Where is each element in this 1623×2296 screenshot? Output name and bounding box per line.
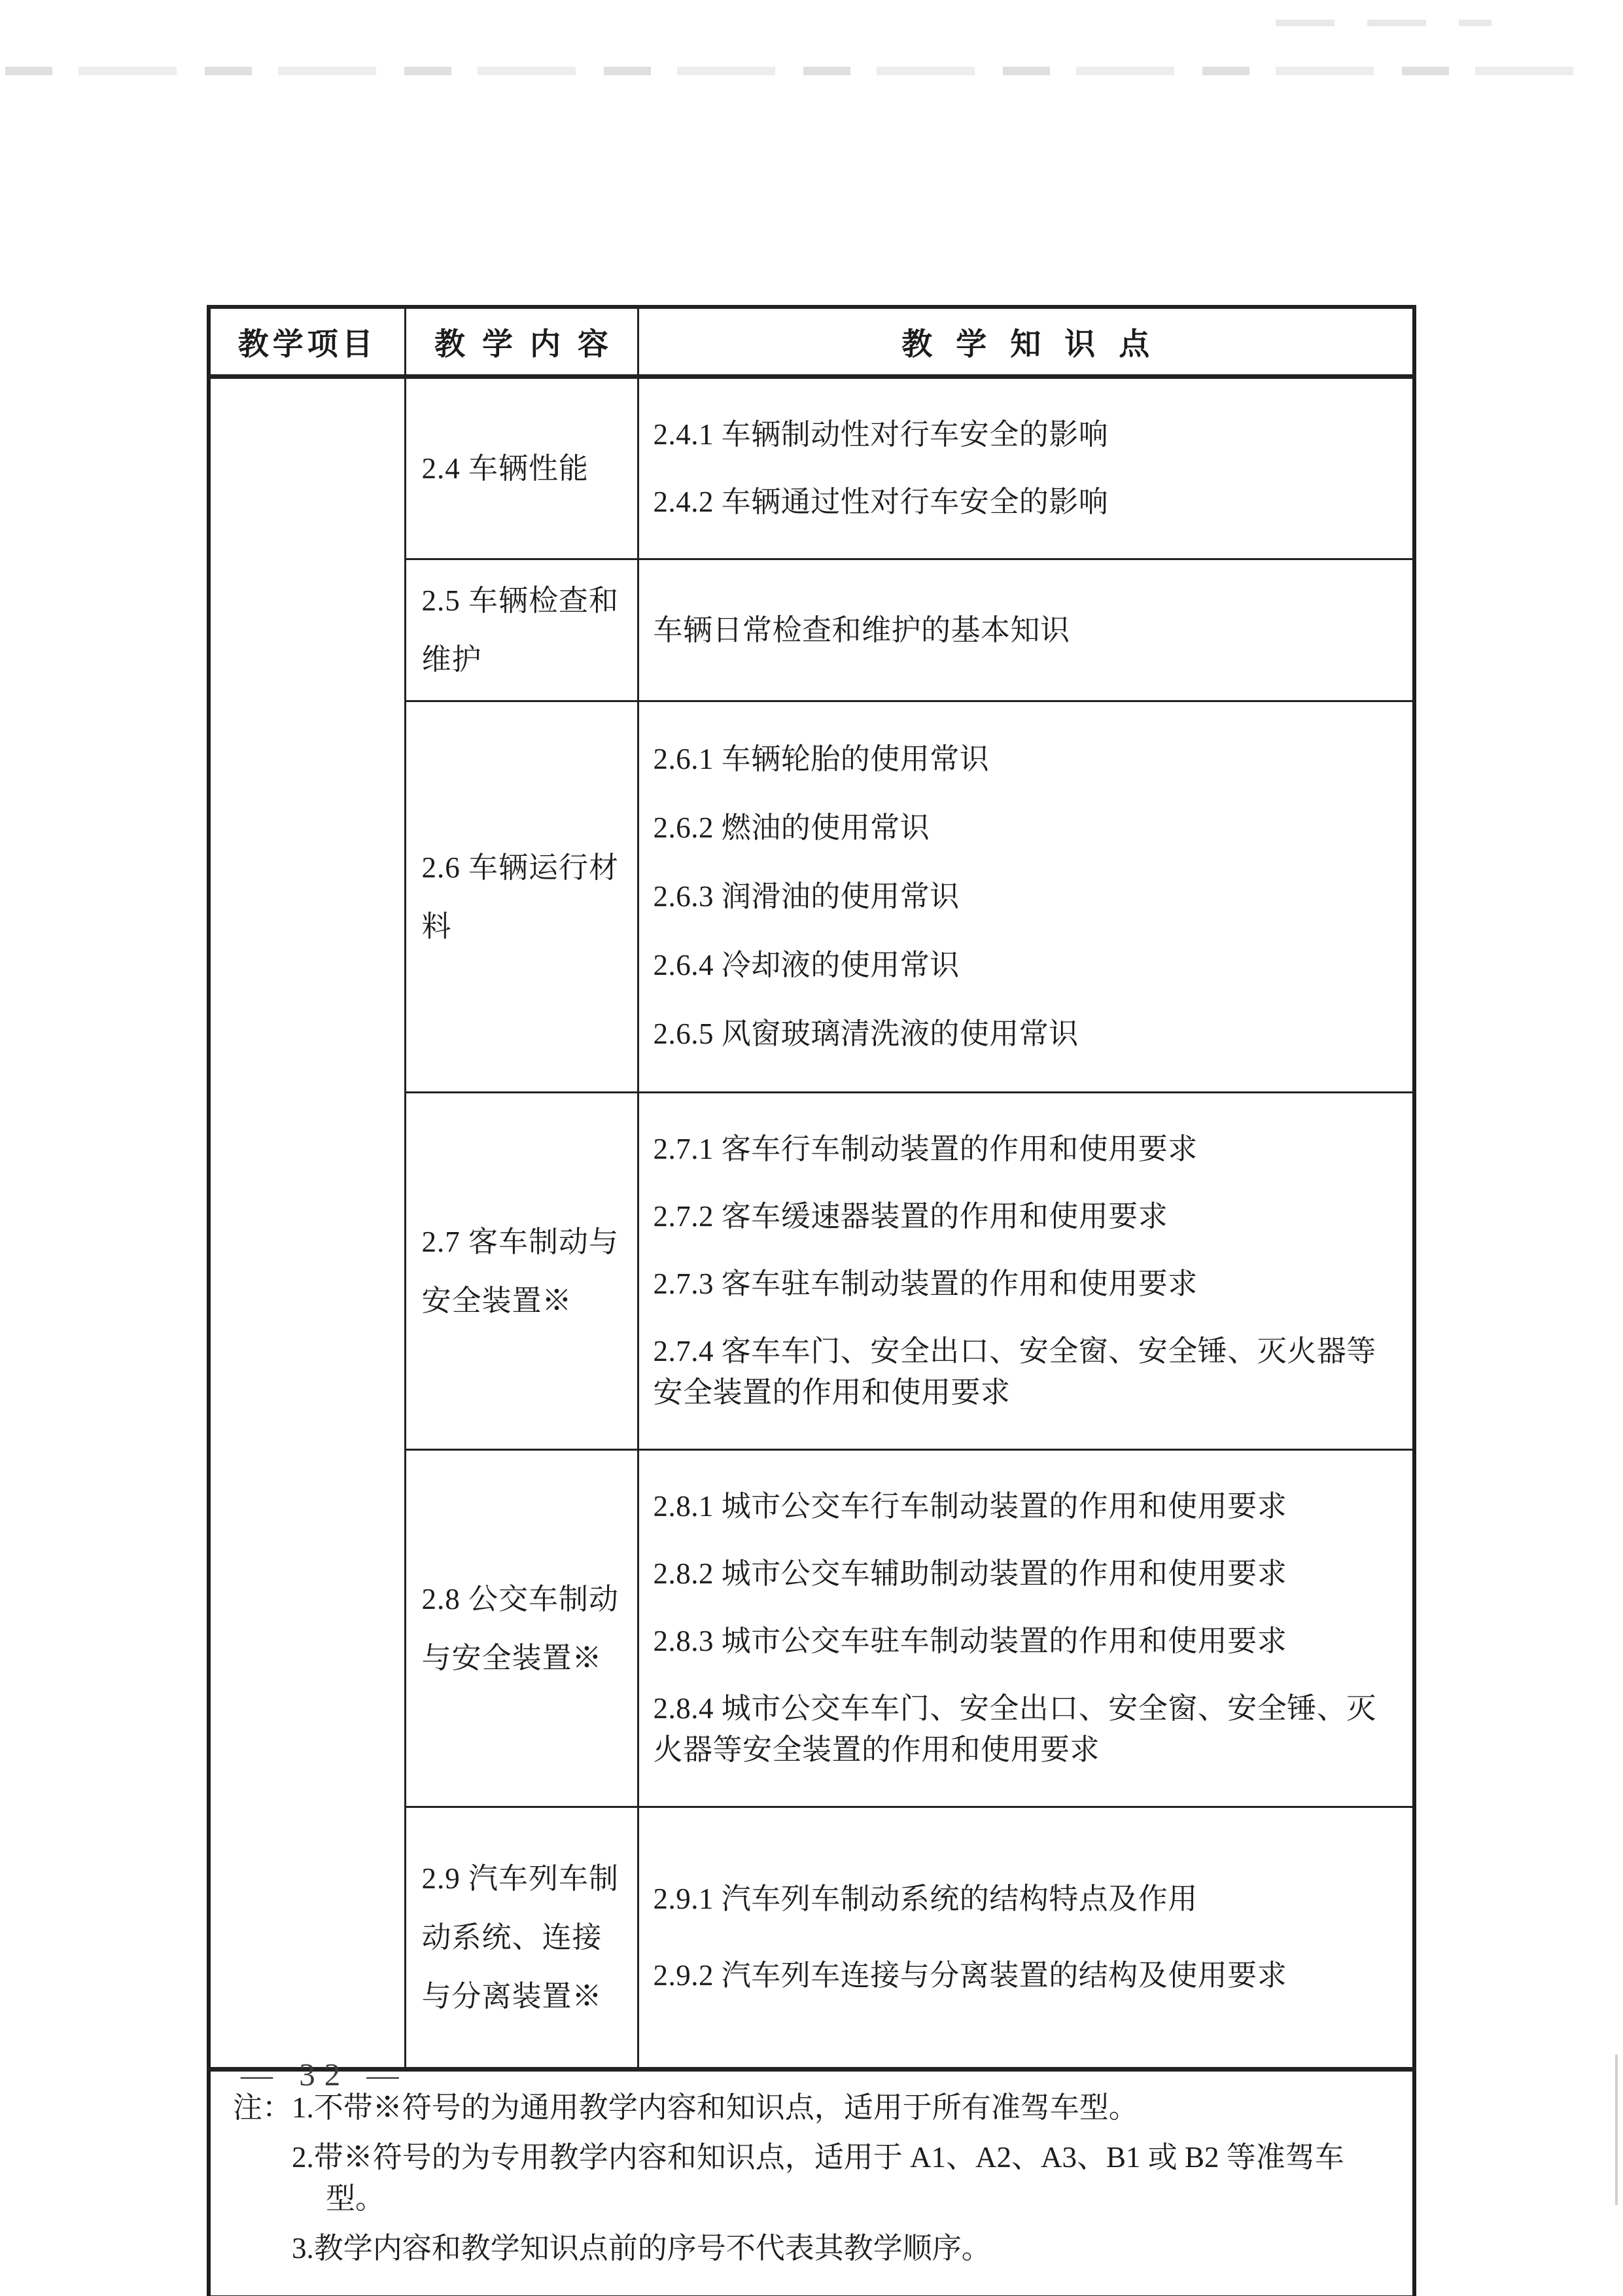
content-cell: 2.9 汽车列车制动系统、连接与分离装置※ [405, 1807, 638, 2070]
knowledge-point: 车辆日常检查和维护的基本知识 [654, 610, 1397, 651]
content-cell: 2.4 车辆性能 [405, 377, 638, 559]
document-page: 教学项目 教学内容 教学知识点 2.4 车辆性能 2.4.1 车辆制动性对行车安… [0, 0, 1623, 2296]
points-cell: 2.8.1 城市公交车行车制动装置的作用和使用要求 2.8.2 城市公交车辅助制… [638, 1450, 1414, 1807]
notes-label: 注： [233, 2087, 292, 2278]
table-header-row: 教学项目 教学内容 教学知识点 [209, 307, 1414, 377]
knowledge-point: 2.9.2 汽车列车连接与分离装置的结构及使用要求 [654, 1955, 1397, 1996]
notes-cell: 注： 1.不带※符号的为通用教学内容和知识点，适用于所有准驾车型。 2.带※符号… [209, 2070, 1414, 2296]
project-cell-empty [209, 377, 405, 2070]
table-row: 2.4 车辆性能 2.4.1 车辆制动性对行车安全的影响 2.4.2 车辆通过性… [209, 377, 1414, 559]
knowledge-point: 2.6.1 车辆轮胎的使用常识 [654, 739, 1397, 780]
teaching-syllabus-table: 教学项目 教学内容 教学知识点 2.4 车辆性能 2.4.1 车辆制动性对行车安… [207, 305, 1416, 2296]
points-cell: 2.6.1 车辆轮胎的使用常识 2.6.2 燃油的使用常识 2.6.3 润滑油的… [638, 701, 1414, 1093]
content-cell: 2.7 客车制动与安全装置※ [405, 1093, 638, 1450]
knowledge-point: 2.7.1 客车行车制动装置的作用和使用要求 [654, 1129, 1397, 1170]
points-cell: 2.7.1 客车行车制动装置的作用和使用要求 2.7.2 客车缓速器装置的作用和… [638, 1093, 1414, 1450]
note-item: 3.教学内容和教学知识点前的序号不代表其教学顺序。 [292, 2228, 1382, 2269]
knowledge-point: 2.7.3 客车驻车制动装置的作用和使用要求 [654, 1263, 1397, 1305]
column-header-project: 教学项目 [209, 307, 405, 377]
notes-row: 注： 1.不带※符号的为通用教学内容和知识点，适用于所有准驾车型。 2.带※符号… [209, 2070, 1414, 2296]
note-item: 1.不带※符号的为通用教学内容和知识点，适用于所有准驾车型。 [292, 2087, 1382, 2128]
knowledge-point: 2.8.1 城市公交车行车制动装置的作用和使用要求 [654, 1486, 1397, 1527]
knowledge-point: 2.6.5 风窗玻璃清洗液的使用常识 [654, 1014, 1397, 1055]
knowledge-point: 2.8.4 城市公交车车门、安全出口、安全窗、安全锤、灭火器等安全装置的作用和使… [654, 1688, 1397, 1771]
column-header-points: 教学知识点 [638, 307, 1414, 377]
scan-noise-band [5, 67, 1601, 75]
content-cell: 2.8 公交车制动与安全装置※ [405, 1450, 638, 1807]
note-item: 2.带※符号的为专用教学内容和知识点，适用于 A1、A2、A3、B1 或 B2 … [292, 2137, 1382, 2219]
knowledge-point: 2.6.3 润滑油的使用常识 [654, 876, 1397, 917]
knowledge-point: 2.9.1 汽车列车制动系统的结构特点及作用 [654, 1879, 1397, 1920]
points-cell: 2.4.1 车辆制动性对行车安全的影响 2.4.2 车辆通过性对行车安全的影响 [638, 377, 1414, 559]
knowledge-point: 2.8.3 城市公交车驻车制动装置的作用和使用要求 [654, 1621, 1397, 1662]
knowledge-point: 2.4.1 车辆制动性对行车安全的影响 [654, 414, 1397, 455]
knowledge-point: 2.4.2 车辆通过性对行车安全的影响 [654, 482, 1397, 523]
page-number: — 32 — [241, 2056, 408, 2093]
scan-noise-mark [1276, 20, 1492, 26]
content-cell: 2.5 车辆检查和维护 [405, 559, 638, 701]
points-cell: 车辆日常检查和维护的基本知识 [638, 559, 1414, 701]
column-header-content: 教学内容 [405, 307, 638, 377]
content-cell: 2.6 车辆运行材料 [405, 701, 638, 1093]
knowledge-point: 2.7.2 客车缓速器装置的作用和使用要求 [654, 1196, 1397, 1237]
knowledge-point: 2.7.4 客车车门、安全出口、安全窗、安全锤、灭火器等安全装置的作用和使用要求 [654, 1331, 1397, 1413]
knowledge-point: 2.8.2 城市公交车辅助制动装置的作用和使用要求 [654, 1553, 1397, 1595]
points-cell: 2.9.1 汽车列车制动系统的结构特点及作用 2.9.2 汽车列车连接与分离装置… [638, 1807, 1414, 2070]
scan-noise-edge [1615, 2055, 1618, 2205]
knowledge-point: 2.6.2 燃油的使用常识 [654, 807, 1397, 849]
knowledge-point: 2.6.4 冷却液的使用常识 [654, 945, 1397, 986]
